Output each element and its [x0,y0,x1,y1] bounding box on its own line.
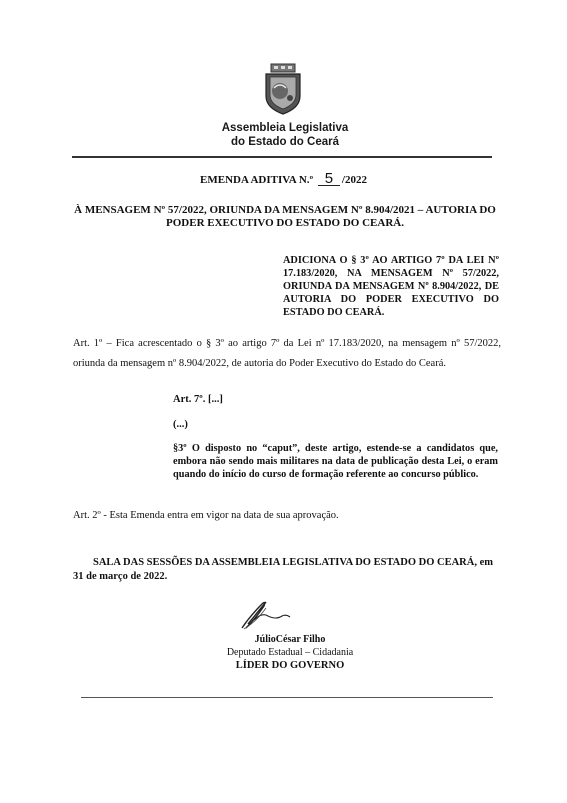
header-divider [72,156,492,158]
amendment-number: 5 [318,173,340,186]
signatory-title: LÍDER DO GOVERNO [190,660,390,671]
document-subject: À MENSAGEM Nº 57/2022, ORIUNDA DA MENSAG… [72,204,498,230]
handwritten-signature-icon [236,598,306,632]
title-suffix: /2022 [342,174,367,186]
document-title: EMENDA ADITIVA N.º 5/2022 [0,173,567,186]
signatory-role: Deputado Estadual – Cidadania [190,647,390,658]
institution-line-2: do Estado do Ceará [200,135,370,149]
article-1: Art. 1º – Fica acrescentado o § 3º ao ar… [73,334,501,374]
article-7-heading: Art. 7º. [...] [173,394,223,405]
paragraph-3: §3º O disposto no “caput”, deste artigo,… [173,442,498,481]
title-prefix: EMENDA ADITIVA N.º [200,174,313,186]
article-2: Art. 2º - Esta Emenda entra em vigor na … [73,510,339,521]
omission-marker: (...) [173,419,188,430]
coat-of-arms-icon [262,62,304,116]
closing-statement: SALA DAS SESSÕES DA ASSEMBLEIA LEGISLATI… [73,556,501,584]
institution-line-1: Assembleia Legislativa [200,121,370,135]
institution-name: Assembleia Legislativa do Estado do Cear… [200,121,370,149]
footer-divider [81,697,493,698]
signatory-name: JúlioCésar Filho [190,634,390,645]
ementa: ADICIONA O § 3º AO ARTIGO 7º DA LEI Nº 1… [283,254,499,319]
